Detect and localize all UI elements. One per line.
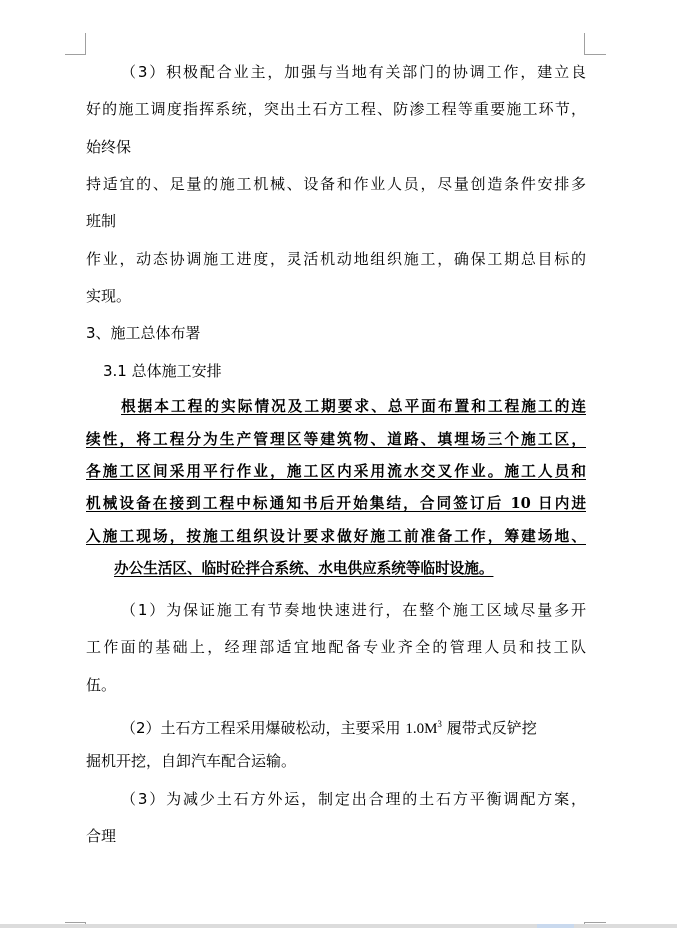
page-corner-mark-top-right [584, 33, 606, 55]
text-line: 好的施工调度指挥系统，突出土石方工程、防渗工程等重要施工环节， [86, 99, 586, 119]
text-line: （3）为减少土石方外运，制定出合理的土石方平衡调配方案， [121, 789, 586, 809]
subsection-heading: 3.1 总体施工安排 [103, 361, 603, 381]
text-line: 各施工区间采用平行作业，施工区内采用流水交叉作业。施工人员和 [86, 462, 586, 482]
document-page: （3）积极配合业主，加强与当地有关部门的协调工作，建立良 好的施工调度指挥系统，… [0, 0, 677, 924]
text-line: 实现。 [86, 286, 586, 306]
text-line: 机械设备在接到工程中标通知书后开始集结，合同签订后 10 日内进 [86, 494, 586, 514]
text-line: 根据本工程的实际情况及工期要求、总平面布置和工程施工的连 [121, 397, 586, 417]
text-segment: （2）土石方工程采用爆破松动，主要采用 [121, 719, 405, 737]
excavator-capacity: 1.0M [405, 721, 437, 737]
page-corner-mark-top-left [65, 33, 86, 55]
text-line: 班制 [86, 211, 586, 231]
text-line: 办公生活区、临时砼拌合系统、水电供应系统等临时设施。 [114, 559, 554, 579]
text-line: （3）积极配合业主，加强与当地有关部门的协调工作，建立良 [121, 62, 586, 82]
text-segment: 履带式反铲挖 [442, 719, 537, 737]
text-line: 作业，动态协调施工进度，灵活机动地组织施工，确保工期总目标的 [86, 249, 586, 269]
text-line: 续性，将工程分为生产管理区等建筑物、道路、填埋场三个施工区， [86, 430, 586, 450]
text-line: 持适宜的、足量的施工机械、设备和作业人员，尽量创造条件安排多 [86, 174, 586, 194]
text-line: （1）为保证施工有节奏地快速进行，在整个施工区域尽量多开 [121, 600, 586, 620]
text-line: 始终保 [86, 137, 586, 157]
horizontal-scrollbar[interactable] [0, 924, 677, 928]
text-line: 工作面的基础上，经理部适宜地配备专业齐全的管理人员和技工队 [86, 637, 586, 657]
text-line: 合理 [86, 826, 586, 846]
text-line: （2）土石方工程采用爆破松动，主要采用 1.0M3 履带式反铲挖 [121, 714, 586, 734]
scrollbar-thumb[interactable] [537, 924, 574, 928]
text-line: 掘机开挖，自卸汽车配合运输。 [86, 751, 586, 771]
text-line: 入施工现场，按施工组织设计要求做好施工前准备工作，筹建场地、 [86, 527, 586, 547]
section-heading: 3、施工总体布署 [86, 323, 586, 343]
text-line: 伍。 [86, 675, 586, 695]
